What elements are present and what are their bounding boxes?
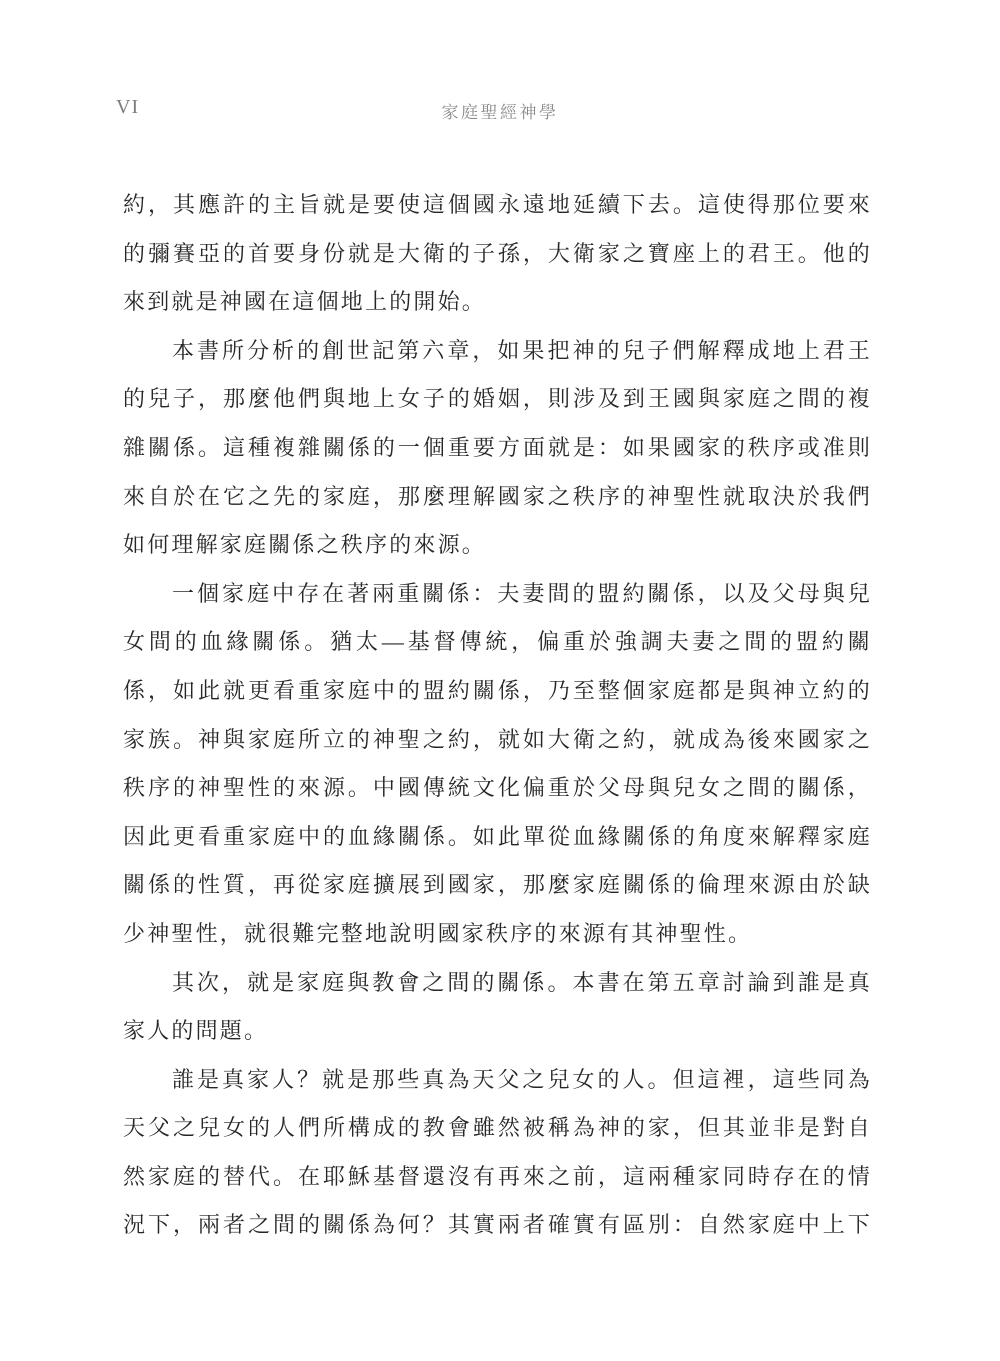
text-line: 秩序的神聖性的來源。中國傳統文化偏重於父母與兒女之間的關係， bbox=[123, 764, 872, 813]
text-line: 來到就是神國在這個地上的開始。 bbox=[123, 278, 872, 327]
book-page: { "page": { "number": "VI", "running_hea… bbox=[0, 0, 1000, 1361]
page-header: VI 家庭聖經神學 bbox=[0, 96, 1000, 120]
text-line: 天父之兒女的人們所構成的教會雖然被稱為神的家，但其並非是對自 bbox=[123, 1104, 872, 1153]
text-line: 因此更看重家庭中的血緣關係。如此單從血緣關係的角度來解釋家庭 bbox=[123, 813, 872, 862]
text-line: 女間的血緣關係。猶太—基督傳統，偏重於強調夫妻之間的盟約關 bbox=[123, 618, 872, 667]
body-text: 約，其應許的主旨就是要使這個國永遠地延續下去。這使得那位要來的彌賽亞的首要身份就… bbox=[123, 181, 872, 1250]
text-line: 其次，就是家庭與教會之間的關係。本書在第五章討論到誰是真 bbox=[123, 959, 872, 1008]
text-line: 誰是真家人？就是那些真為天父之兒女的人。但這裡，這些同為 bbox=[123, 1056, 872, 1105]
text-line: 來自於在它之先的家庭，那麼理解國家之秩序的神聖性就取決於我們 bbox=[123, 473, 872, 522]
text-line: 家族。神與家庭所立的神聖之約，就如大衛之約，就成為後來國家之 bbox=[123, 716, 872, 765]
text-line: 雜關係。這種複雜關係的一個重要方面就是：如果國家的秩序或准則 bbox=[123, 424, 872, 473]
text-line: 的彌賽亞的首要身份就是大衛的子孫，大衛家之寶座上的君王。他的 bbox=[123, 230, 872, 279]
text-line: 本書所分析的創世記第六章，如果把神的兒子們解釋成地上君王 bbox=[123, 327, 872, 376]
running-head: 家庭聖經神學 bbox=[0, 98, 1000, 123]
text-line: 的兒子，那麼他們與地上女子的婚姻，則涉及到王國與家庭之間的複 bbox=[123, 375, 872, 424]
text-line: 係，如此就更看重家庭中的盟約關係，乃至整個家庭都是與神立約的 bbox=[123, 667, 872, 716]
text-line: 如何理解家庭關係之秩序的來源。 bbox=[123, 521, 872, 570]
text-line: 況下，兩者之間的關係為何？其實兩者確實有區別：自然家庭中上下 bbox=[123, 1201, 872, 1250]
text-line: 少神聖性，就很難完整地說明國家秩序的來源有其神聖性。 bbox=[123, 910, 872, 959]
text-line: 一個家庭中存在著兩重關係：夫妻間的盟約關係，以及父母與兒 bbox=[123, 570, 872, 619]
text-line: 然家庭的替代。在耶穌基督還沒有再來之前，這兩種家同時存在的情 bbox=[123, 1153, 872, 1202]
text-line: 家人的問題。 bbox=[123, 1007, 872, 1056]
text-line: 關係的性質，再從家庭擴展到國家，那麼家庭關係的倫理來源由於缺 bbox=[123, 861, 872, 910]
text-line: 約，其應許的主旨就是要使這個國永遠地延續下去。這使得那位要來 bbox=[123, 181, 872, 230]
